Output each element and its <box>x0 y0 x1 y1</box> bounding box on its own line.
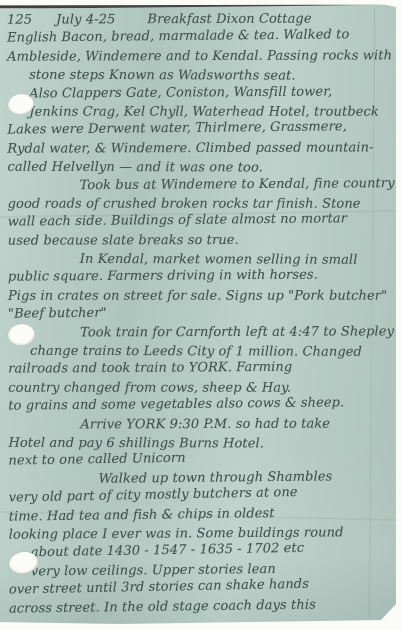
journal-line: Also Clappers Gate, Coniston, Wansfill t… <box>0 83 401 104</box>
journal-line: Ambleside, Windemere and to Kendal. Pass… <box>0 47 401 67</box>
page-number: 125 <box>7 12 32 30</box>
journal-line: "Beef butcher" <box>0 302 402 324</box>
journal-line: Lakes were Derwent water, Thirlmere, Gra… <box>0 118 401 140</box>
journal-line: Rydal water, & Windemere. Climbed passed… <box>0 139 401 159</box>
scanned-journal-page: 125 July 4-25 Breakfast Dixon Cottage En… <box>0 0 402 630</box>
journal-line: railroads and took train to YORK. Farmin… <box>0 358 402 379</box>
journal-line: Took bus at Windemere to Kendal, fine co… <box>0 175 402 196</box>
journal-line: Arrive YORK 9:30 P.M. so had to take <box>0 415 402 435</box>
journal-line: to grains and some vegetables also cows … <box>0 394 402 416</box>
journal-line: Took train for Carnforth left at 4:47 to… <box>0 323 402 343</box>
date-heading: July 4-25 <box>56 11 115 30</box>
journal-lines: English Bacon, bread, marmalade & tea. W… <box>0 29 402 619</box>
paper: 125 July 4-25 Breakfast Dixon Cottage En… <box>0 0 402 630</box>
journal-line: English Bacon, bread, marmalade & tea. W… <box>0 26 401 48</box>
journal-line: public square. Farmers driving in with h… <box>0 267 402 288</box>
journal-text: 125 July 4-25 Breakfast Dixon Cottage En… <box>0 10 402 618</box>
journal-line: used because slate breaks so true. <box>0 231 402 251</box>
journal-line: wall each side. Buildings of slate almos… <box>0 210 402 232</box>
